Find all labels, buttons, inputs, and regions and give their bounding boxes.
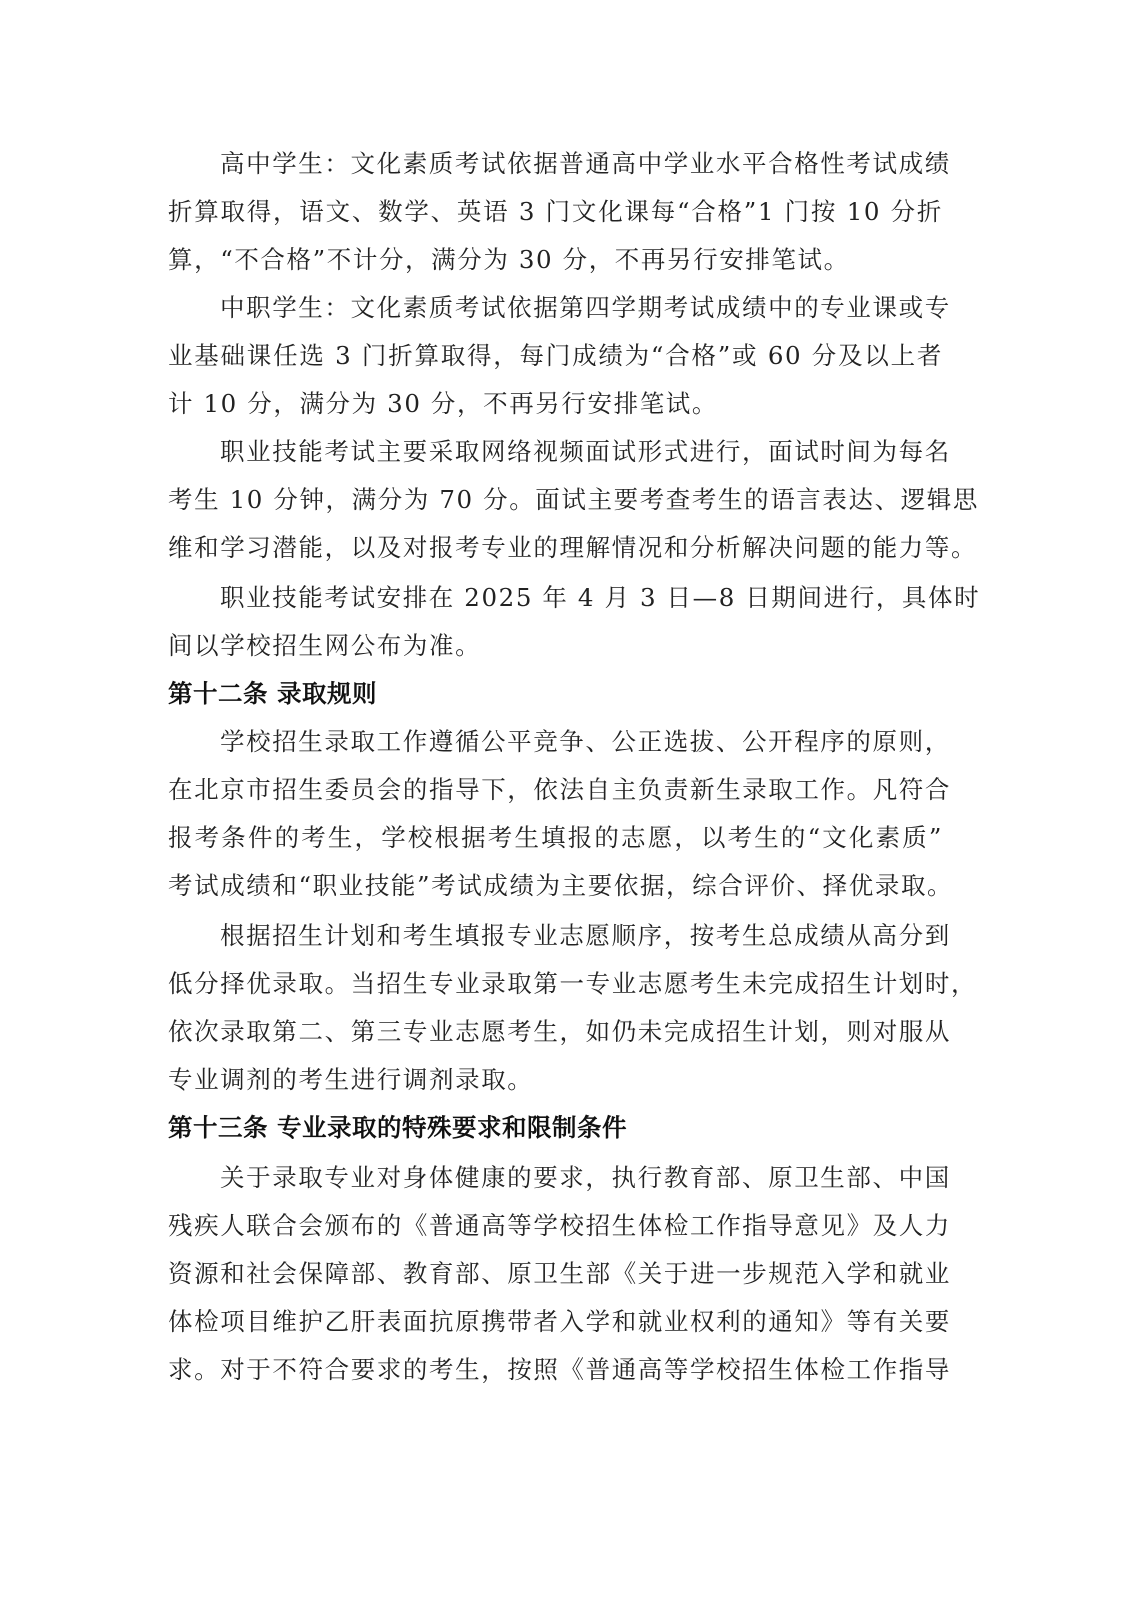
paragraph-line: 折算取得，语文、数学、英语 3 门文化课每“合格”1 门按 10 分折 (168, 192, 943, 232)
paragraph-line: 算，“不合格”不计分，满分为 30 分，不再另行安排笔试。 (168, 240, 943, 280)
paragraph-line: 资源和社会保障部、教育部、原卫生部《关于进一步规范入学和就业 (168, 1254, 943, 1294)
section-heading-article-13: 第十三条 专业录取的特殊要求和限制条件 (168, 1108, 943, 1148)
paragraph-line: 根据招生计划和考生填报专业志愿顺序，按考生总成绩从高分到 (220, 916, 943, 956)
paragraph-line: 专业调剂的考生进行调剂录取。 (168, 1060, 943, 1100)
paragraph-line: 高中学生：文化素质考试依据普通高中学业水平合格性考试成绩 (220, 144, 943, 184)
paragraph-line: 报考条件的考生，学校根据考生填报的志愿，以考生的“文化素质” (168, 818, 943, 858)
paragraph-line: 中职学生：文化素质考试依据第四学期考试成绩中的专业课或专 (220, 288, 943, 328)
section-heading-article-12: 第十二条 录取规则 (168, 674, 943, 714)
paragraph-line: 依次录取第二、第三专业志愿考生，如仍未完成招生计划，则对服从 (168, 1012, 943, 1052)
paragraph-line: 职业技能考试主要采取网络视频面试形式进行，面试时间为每名 (220, 432, 943, 472)
paragraph-line: 残疾人联合会颁布的《普通高等学校招生体检工作指导意见》及人力 (168, 1206, 943, 1246)
paragraph-line: 体检项目维护乙肝表面抗原携带者入学和就业权利的通知》等有关要 (168, 1302, 943, 1342)
paragraph-line: 学校招生录取工作遵循公平竞争、公正选拔、公开程序的原则， (220, 722, 943, 762)
document-page: 高中学生：文化素质考试依据普通高中学业水平合格性考试成绩 折算取得，语文、数学、… (0, 0, 1131, 1600)
paragraph-line: 职业技能考试安排在 2025 年 4 月 3 日—8 日期间进行，具体时 (220, 578, 943, 618)
paragraph-line: 业基础课任选 3 门折算取得，每门成绩为“合格”或 60 分及以上者 (168, 336, 943, 376)
paragraph-line: 考试成绩和“职业技能”考试成绩为主要依据，综合评价、择优录取。 (168, 866, 943, 906)
paragraph-line: 计 10 分，满分为 30 分，不再另行安排笔试。 (168, 384, 943, 424)
paragraph-line: 考生 10 分钟，满分为 70 分。面试主要考查考生的语言表达、逻辑思 (168, 480, 943, 520)
paragraph-line: 求。对于不符合要求的考生，按照《普通高等学校招生体检工作指导 (168, 1350, 943, 1390)
paragraph-line: 在北京市招生委员会的指导下，依法自主负责新生录取工作。凡符合 (168, 770, 943, 810)
paragraph-line: 关于录取专业对身体健康的要求，执行教育部、原卫生部、中国 (220, 1158, 943, 1198)
paragraph-line: 间以学校招生网公布为准。 (168, 626, 943, 666)
paragraph-line: 低分择优录取。当招生专业录取第一专业志愿考生未完成招生计划时， (168, 964, 943, 1004)
paragraph-line: 维和学习潜能，以及对报考专业的理解情况和分析解决问题的能力等。 (168, 528, 943, 568)
